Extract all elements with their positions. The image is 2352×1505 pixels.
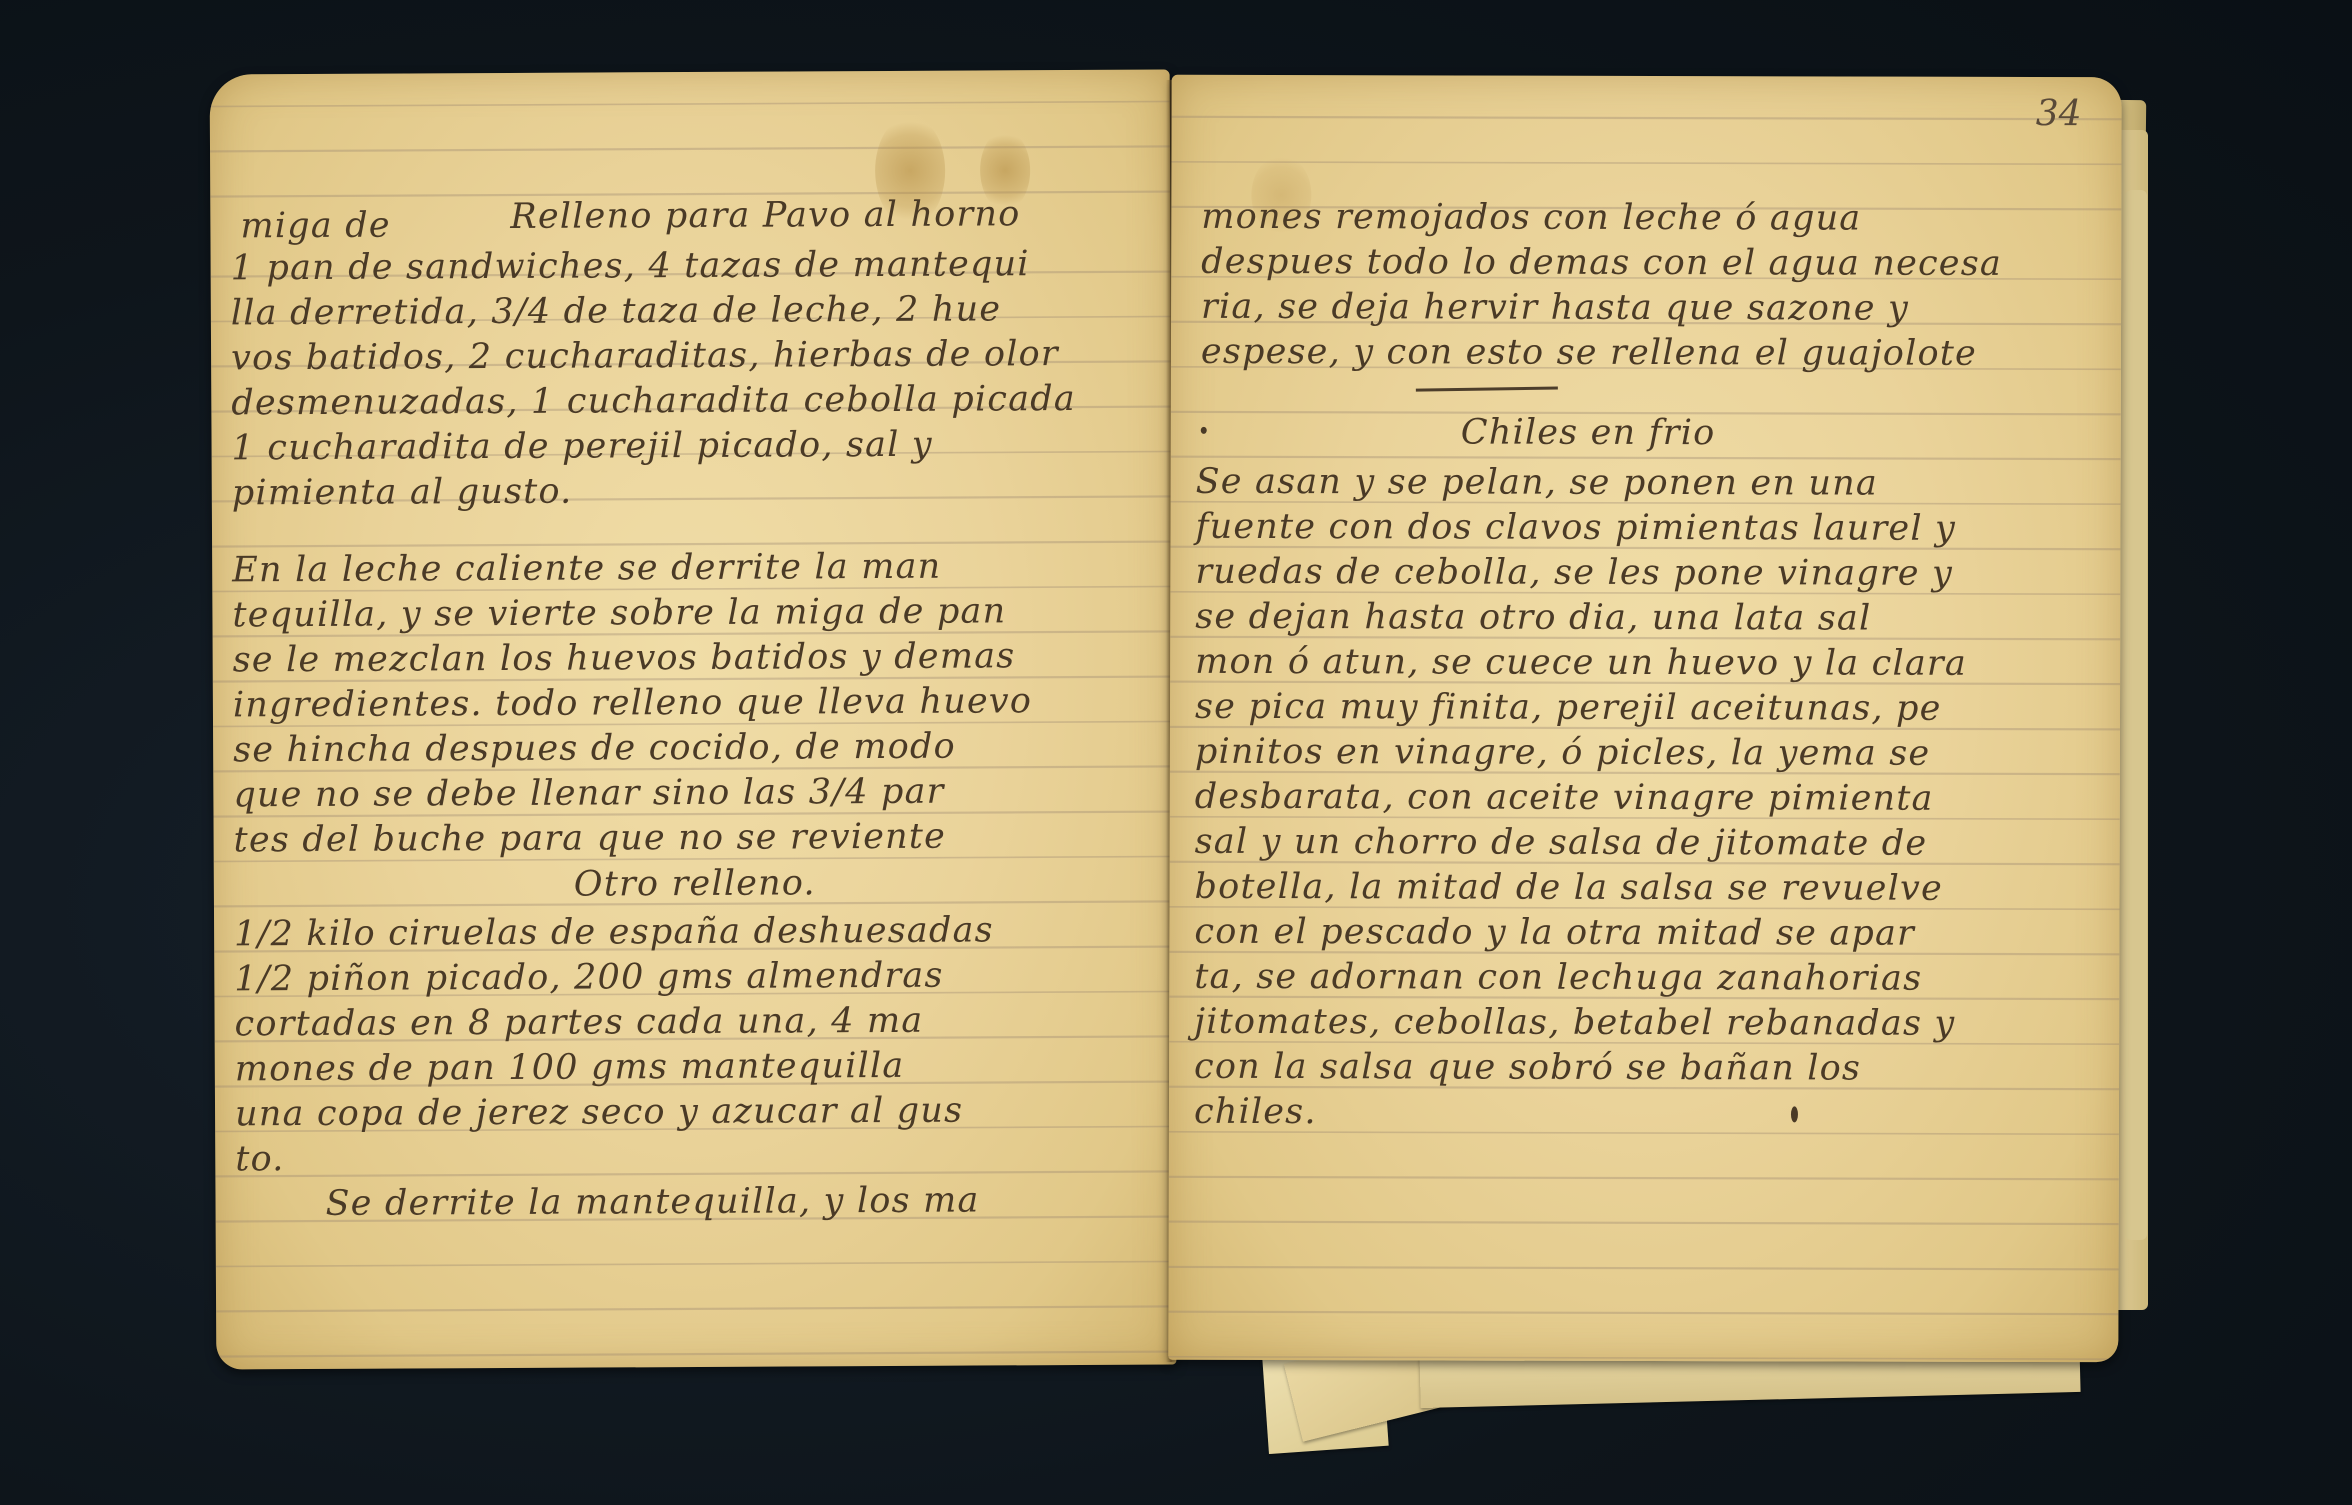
text-line: 1 cucharadita de perejil picado, sal y <box>231 422 1076 471</box>
text-line: fuente con dos clavos pimientas laurel y <box>1195 505 1967 552</box>
text-line: jitomates, cebollas, betabel rebanadas y <box>1194 1000 1966 1047</box>
recipe-title-chiles-en-frio: Chiles en frio <box>1461 411 1716 456</box>
text-line <box>232 512 1077 548</box>
recipe-title-relleno-pavo: Relleno para Pavo al horno <box>510 192 1020 239</box>
recipe-title-otro-relleno: Otro relleno. <box>574 861 816 906</box>
section-divider <box>1416 387 1558 392</box>
text-line: tequilla, y se vierte sobre la miga de p… <box>232 589 1077 638</box>
left-page: miga de Relleno para Pavo al horno 1 pan… <box>210 69 1177 1369</box>
text-line: ria, se deja hervir hasta que sazone y <box>1201 285 2002 332</box>
text-line: con el pescado y la otra mitad se apar <box>1194 910 1966 957</box>
text-line: sal y un chorro de salsa de jitomate de <box>1195 820 1967 867</box>
text-line: 1 pan de sandwiches, 4 tazas de mantequi <box>231 242 1076 291</box>
text-line: ta, se adornan con lechuga zanahorias <box>1194 955 1966 1002</box>
margin-note: miga de <box>240 204 391 249</box>
text-line: ruedas de cebolla, se les pone vinagre y <box>1195 550 1967 597</box>
text-line: lla derretida, 3/4 de taza de leche, 2 h… <box>231 287 1076 336</box>
text-line: se le mezclan los huevos batidos y demas <box>233 634 1078 683</box>
text-line: cortadas en 8 partes cada una, 4 ma <box>234 998 994 1047</box>
text-line: despues todo lo demas con el agua necesa <box>1201 240 2002 287</box>
text-line: botella, la mitad de la salsa se revuelv… <box>1194 865 1966 912</box>
text-line: pinitos en vinagre, ó picles, la yema se <box>1195 730 1967 777</box>
text-line: se dejan hasta otro dia, una lata sal <box>1195 595 1967 642</box>
text-line: se hincha despues de cocido, de modo <box>233 724 1078 773</box>
page-number: 34 <box>2036 93 2082 134</box>
text-line: Se asan y se pelan, se ponen en una <box>1196 460 1968 507</box>
ink-mark <box>1791 1106 1798 1122</box>
text-line: to. <box>235 1133 995 1182</box>
text-line: Se derrite la mantequilla, y los ma <box>235 1178 995 1227</box>
ink-mark <box>1201 427 1207 434</box>
recipe-text-block: mones remojados con leche ó agua despues… <box>1201 195 2002 377</box>
scan-background: miga de Relleno para Pavo al horno 1 pan… <box>0 0 2352 1505</box>
text-line: que no se debe llenar sino las 3/4 par <box>233 769 1078 818</box>
text-line: mones remojados con leche ó agua <box>1201 195 2002 242</box>
text-line: pimienta al gusto. <box>232 467 1077 516</box>
text-line: desmenuzadas, 1 cucharadita cebolla pica… <box>231 377 1076 426</box>
recipe-text-block: Se asan y se pelan, se ponen en una fuen… <box>1194 460 1968 1137</box>
text-line: ingredientes. todo relleno que lleva hue… <box>233 679 1078 728</box>
text-line: vos batidos, 2 cucharaditas, hierbas de … <box>231 332 1076 381</box>
text-line: mon ó atun, se cuece un huevo y la clara <box>1195 640 1967 687</box>
right-page: 34 mones remojados con leche ó agua desp… <box>1168 75 2121 1362</box>
text-line: se pica muy finita, perejil aceitunas, p… <box>1195 685 1967 732</box>
text-line: mones de pan 100 gms mantequilla <box>235 1043 995 1092</box>
text-line: 1/2 kilo ciruelas de españa deshuesadas <box>234 908 994 957</box>
text-line: una copa de jerez seco y azucar al gus <box>235 1088 995 1137</box>
recipe-text-block: 1/2 kilo ciruelas de españa deshuesadas … <box>234 908 995 1227</box>
recipe-text-block: 1 pan de sandwiches, 4 tazas de mantequi… <box>231 242 1079 863</box>
text-line: tes del buche para que no se reviente <box>234 814 1079 863</box>
text-line: chiles. <box>1194 1090 1966 1137</box>
text-line: 1/2 piñon picado, 200 gms almendras <box>234 953 994 1002</box>
page-stack-edge <box>2125 190 2147 1240</box>
text-line: desbarata, con aceite vinagre pimienta <box>1195 775 1967 822</box>
text-line: con la salsa que sobró se bañan los <box>1194 1045 1966 1092</box>
text-line: En la leche caliente se derrite la man <box>232 544 1077 593</box>
text-line: espese, y con esto se rellena el guajolo… <box>1201 330 2002 377</box>
